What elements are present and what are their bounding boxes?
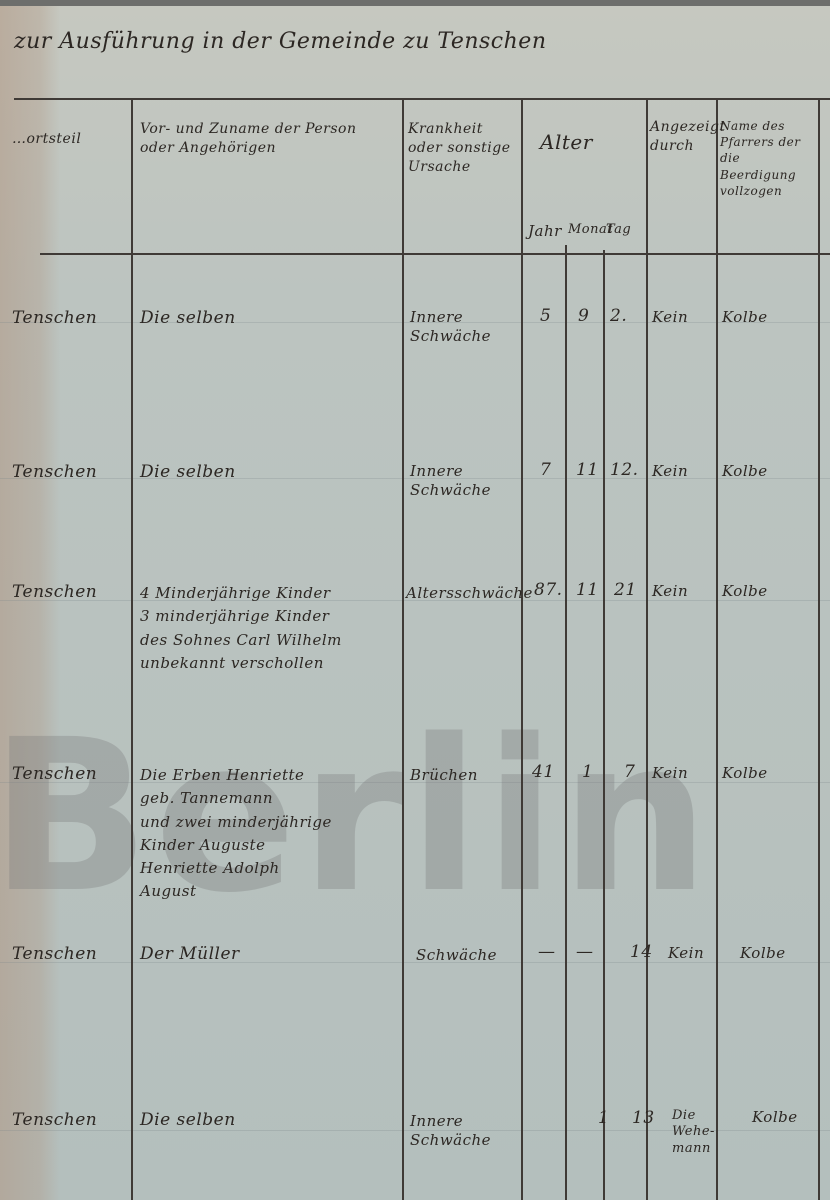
cell-years: 41 — [532, 762, 555, 783]
cell-days: 13 — [632, 1108, 655, 1129]
header-reported-by: Angezeigt durch — [650, 118, 714, 156]
subcolumn-divider — [565, 245, 567, 1200]
cell-cause: Schwäche — [416, 946, 520, 965]
cell-place: Tenschen — [12, 1110, 97, 1131]
header-age: Alter — [540, 130, 593, 155]
cell-years: 7 — [540, 460, 551, 481]
cell-days: 7 — [624, 762, 635, 783]
cell-place: Tenschen — [12, 582, 97, 603]
cell-place: Tenschen — [12, 944, 97, 965]
column-divider — [521, 98, 523, 1200]
cell-years: 87. — [534, 580, 563, 601]
header-name: Vor- und Zuname der Person oder Angehöri… — [140, 120, 395, 158]
cell-pastor: Kolbe — [722, 308, 768, 327]
cell-years: 5 — [540, 306, 551, 327]
ruled-line — [0, 962, 830, 963]
cell-reported: Kein — [668, 944, 704, 963]
scan-top-edge — [0, 0, 830, 6]
cell-pastor: Kolbe — [740, 944, 786, 963]
cell-name: Die Erben Henriette geb. Tannemann und z… — [140, 764, 400, 904]
cell-place: Tenschen — [12, 308, 97, 329]
cell-months: 1 — [598, 1108, 609, 1129]
column-divider — [646, 98, 648, 1200]
cell-reported: Kein — [652, 764, 688, 783]
cell-days: 2. — [610, 306, 627, 327]
cell-name: Der Müller — [140, 944, 240, 965]
header-pastor: Name des Pfarrers der die Beerdigung vol… — [720, 118, 816, 199]
page-title: zur Ausführung in der Gemeinde zu Tensch… — [14, 28, 547, 56]
cell-cause: Innere Schwäche — [410, 1112, 520, 1150]
cell-months: 9 — [578, 306, 589, 327]
cell-reported: Kein — [652, 462, 688, 481]
cell-days: 21 — [614, 580, 637, 601]
header-age-years: Jahr — [528, 222, 562, 241]
cell-cause: Brüchen — [410, 766, 520, 785]
cell-cause: Innere Schwäche — [410, 462, 520, 500]
column-divider — [818, 98, 820, 1200]
cell-name: Die selben — [140, 1110, 236, 1131]
cell-reported: Die Wehe- mann — [672, 1108, 716, 1157]
column-divider — [716, 98, 718, 1200]
cell-days: 14 — [630, 942, 653, 963]
register-page: Berlin zur Ausführung in der Gemeinde zu… — [0, 0, 830, 1200]
cell-place: Tenschen — [12, 462, 97, 483]
cell-months: 11 — [576, 460, 599, 481]
cell-years: — — [538, 942, 556, 963]
cell-months: 1 — [582, 762, 593, 783]
cell-cause: Altersschwäche — [406, 584, 522, 603]
cell-pastor: Kolbe — [752, 1108, 798, 1127]
cell-reported: Kein — [652, 582, 688, 601]
cell-name: 4 Minderjährige Kinder 3 minderjährige K… — [140, 582, 400, 675]
column-divider — [131, 98, 133, 1200]
cell-days: 12. — [610, 460, 639, 481]
cell-reported: Kein — [652, 308, 688, 327]
cell-months: 11 — [576, 580, 599, 601]
table-top-rule — [14, 98, 830, 100]
header-age-days: Tag — [606, 222, 631, 238]
cell-pastor: Kolbe — [722, 764, 768, 783]
subcolumn-divider — [603, 250, 605, 1200]
header-cause: Krankheit oder sonstige Ursache — [408, 120, 518, 177]
cell-name: Die selben — [140, 308, 236, 329]
header-place: …ortsteil — [12, 130, 127, 149]
cell-pastor: Kolbe — [722, 582, 768, 601]
column-divider — [402, 98, 404, 1200]
cell-cause: Innere Schwäche — [410, 308, 520, 346]
cell-months: — — [576, 942, 594, 963]
cell-place: Tenschen — [12, 764, 97, 785]
cell-pastor: Kolbe — [722, 462, 768, 481]
cell-name: Die selben — [140, 462, 236, 483]
header-bottom-rule — [40, 253, 830, 255]
